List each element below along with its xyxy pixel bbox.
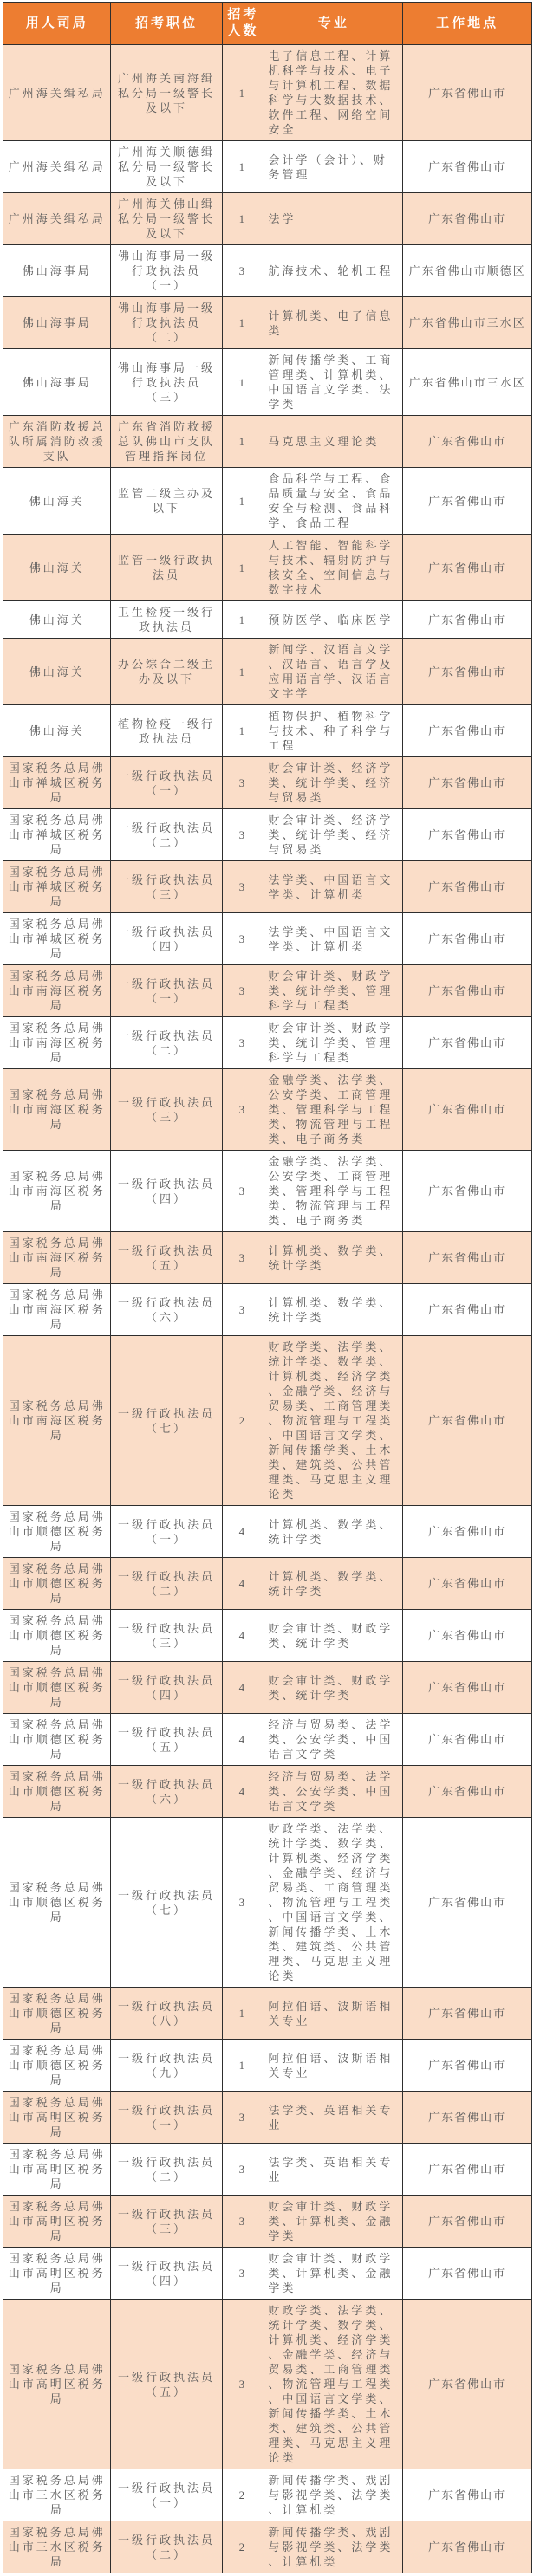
cell-count: 3	[222, 1069, 264, 1151]
cell-location: 广东省佛山市三水区	[403, 349, 532, 416]
cell-majors: 法学类、英语相关专业	[264, 2144, 403, 2196]
cell-position: 监管二级主办及以下	[111, 468, 222, 535]
cell-location: 广东省佛山市	[403, 1506, 532, 1558]
cell-department: 国家税务总局佛山市禅城区税务局	[3, 809, 111, 861]
cell-count: 1	[222, 349, 264, 416]
cell-location: 广东省佛山市	[403, 2092, 532, 2144]
cell-majors: 食品科学与工程、食品质量与安全、食品安全与检测、食品科学、食品工程	[264, 468, 403, 535]
cell-department: 国家税务总局佛山市南海区税务局	[3, 1151, 111, 1232]
cell-location: 广东省佛山市	[403, 1610, 532, 1662]
cell-location: 广东省佛山市	[403, 1151, 532, 1232]
cell-department: 国家税务总局佛山市三水区税务局	[3, 2469, 111, 2521]
cell-count: 3	[222, 2092, 264, 2144]
cell-majors: 财会审计类、财政学类、统计学类、管理科学与工程类	[264, 965, 403, 1017]
cell-majors: 经济与贸易类、法学类、公安学类、中国语言文学类	[264, 1714, 403, 1766]
cell-count: 1	[222, 535, 264, 601]
column-header-department: 用人司局	[3, 3, 111, 45]
table-row: 佛山海关 办公综合二级主办及以下 1 新闻学、汉语言文学、汉语言、语言学及应用语…	[3, 639, 532, 705]
cell-majors: 计算机类、数学类、统计学类	[264, 1558, 403, 1610]
column-header-position: 招考职位	[111, 3, 222, 45]
cell-majors: 财政学类、法学类、统计学类、数学类、计算机类、经济学类、金融学类、经济与贸易类、…	[264, 1336, 403, 1506]
cell-position: 监管一级行政执法员	[111, 535, 222, 601]
cell-location: 广东省佛山市	[403, 2196, 532, 2248]
cell-department: 国家税务总局佛山市南海区税务局	[3, 965, 111, 1017]
cell-location: 广东省佛山市	[403, 913, 532, 965]
cell-location: 广东省佛山市	[403, 416, 532, 468]
page: 用人司局 招考职位 招考人数 专业 工作地点 广州海关缉私局 广州海关南海缉私分…	[0, 0, 534, 2576]
table-row: 国家税务总局佛山市顺德区税务局 一级行政执法员（八） 1 阿拉伯语、波斯语相关专…	[3, 1988, 532, 2040]
cell-majors: 马克思主义理论类	[264, 416, 403, 468]
cell-position: 一级行政执法员（二）	[111, 1017, 222, 1069]
cell-position: 一级行政执法员（二）	[111, 2144, 222, 2196]
table-row: 国家税务总局佛山市顺德区税务局 一级行政执法员（二） 4 计算机类、数学类、统计…	[3, 1558, 532, 1610]
cell-majors: 会计学（会计）、财务管理	[264, 141, 403, 193]
cell-location: 广东省佛山市	[403, 2521, 532, 2573]
cell-location: 广东省佛山市	[403, 861, 532, 913]
table-row: 佛山海关 卫生检疫一级行政执法员 1 预防医学、临床医学 广东省佛山市	[3, 601, 532, 639]
cell-department: 佛山海关	[3, 639, 111, 705]
table-row: 佛山海关 植物检疫一级行政执法员 1 植物保护、植物科学与技术、种子科学与工程 …	[3, 705, 532, 757]
cell-majors: 法学	[264, 193, 403, 245]
cell-location: 广东省佛山市	[403, 468, 532, 535]
cell-majors: 植物保护、植物科学与技术、种子科学与工程	[264, 705, 403, 757]
cell-location: 广东省佛山市	[403, 1818, 532, 1988]
cell-count: 4	[222, 1662, 264, 1714]
cell-department: 国家税务总局佛山市顺德区税务局	[3, 1506, 111, 1558]
cell-majors: 财会审计类、经济学类、统计学类、经济与贸易类	[264, 757, 403, 809]
cell-position: 卫生检疫一级行政执法员	[111, 601, 222, 639]
cell-position: 一级行政执法员（四）	[111, 913, 222, 965]
cell-count: 3	[222, 2248, 264, 2300]
table-row: 国家税务总局佛山市高明区税务局 一级行政执法员（五） 3 财政学类、法学类、统计…	[3, 2300, 532, 2469]
cell-department: 佛山海事局	[3, 349, 111, 416]
table-row: 国家税务总局佛山市顺德区税务局 一级行政执法员（三） 4 财会审计类、财政学类、…	[3, 1610, 532, 1662]
table-row: 国家税务总局佛山市高明区税务局 一级行政执法员（四） 3 财会审计类、财政学类、…	[3, 2248, 532, 2300]
cell-department: 国家税务总局佛山市禅城区税务局	[3, 861, 111, 913]
cell-count: 1	[222, 45, 264, 141]
cell-department: 国家税务总局佛山市顺德区税务局	[3, 2040, 111, 2092]
table-row: 国家税务总局佛山市南海区税务局 一级行政执法员（五） 3 计算机类、数学类、统计…	[3, 1232, 532, 1284]
cell-department: 佛山海事局	[3, 245, 111, 297]
cell-majors: 法学类、英语相关专业	[264, 2092, 403, 2144]
cell-department: 国家税务总局佛山市顺德区税务局	[3, 1714, 111, 1766]
table-row: 国家税务总局佛山市南海区税务局 一级行政执法员（四） 3 金融学类、法学类、公安…	[3, 1151, 532, 1232]
cell-majors: 财政学类、法学类、统计学类、数学类、计算机类、经济学类、金融学类、经济与贸易类、…	[264, 1818, 403, 1988]
cell-position: 广州海关顺德缉私分局一级警长及以下	[111, 141, 222, 193]
cell-department: 国家税务总局佛山市顺德区税务局	[3, 1558, 111, 1610]
cell-majors: 阿拉伯语、波斯语相关专业	[264, 2040, 403, 2092]
cell-position: 佛山海事局一级行政执法员（一）	[111, 245, 222, 297]
cell-position: 一级行政执法员（六）	[111, 1766, 222, 1818]
table-row: 佛山海关 监管二级主办及以下 1 食品科学与工程、食品质量与安全、食品安全与检测…	[3, 468, 532, 535]
cell-location: 广东省佛山市	[403, 45, 532, 141]
cell-department: 佛山海关	[3, 601, 111, 639]
cell-department: 国家税务总局佛山市高明区税务局	[3, 2300, 111, 2469]
cell-majors: 计算机类、电子信息类	[264, 297, 403, 349]
table-row: 国家税务总局佛山市南海区税务局 一级行政执法员（七） 2 财政学类、法学类、统计…	[3, 1336, 532, 1506]
cell-count: 3	[222, 1818, 264, 1988]
cell-position: 一级行政执法员（四）	[111, 1662, 222, 1714]
table-row: 佛山海关 监管一级行政执法员 1 人工智能、智能科学与技术、辐射防护与核安全、空…	[3, 535, 532, 601]
cell-position: 一级行政执法员（五）	[111, 1714, 222, 1766]
cell-majors: 金融学类、法学类、公安学类、工商管理类、管理科学与工程类、物流管理与工程类、电子…	[264, 1069, 403, 1151]
cell-department: 国家税务总局佛山市南海区税务局	[3, 1232, 111, 1284]
cell-position: 一级行政执法员（四）	[111, 1151, 222, 1232]
table-row: 佛山海事局 佛山海事局一级行政执法员（一） 3 航海技术、轮机工程 广东省佛山市…	[3, 245, 532, 297]
cell-count: 3	[222, 809, 264, 861]
table-row: 国家税务总局佛山市南海区税务局 一级行政执法员（二） 3 财会审计类、财政学类、…	[3, 1017, 532, 1069]
cell-position: 办公综合二级主办及以下	[111, 639, 222, 705]
cell-position: 一级行政执法员（三）	[111, 1610, 222, 1662]
table-body: 广州海关缉私局 广州海关南海缉私分局一级警长及以下 1 电子信息工程、计算机科学…	[3, 45, 532, 2573]
cell-count: 1	[222, 639, 264, 705]
cell-location: 广东省佛山市	[403, 757, 532, 809]
cell-department: 国家税务总局佛山市顺德区税务局	[3, 1988, 111, 2040]
cell-majors: 金融学类、法学类、公安学类、工商管理类、管理科学与工程类、物流管理与工程类、电子…	[264, 1151, 403, 1232]
cell-majors: 财会审计类、经济学类、统计学类、经济与贸易类	[264, 809, 403, 861]
cell-count: 1	[222, 2040, 264, 2092]
cell-majors: 计算机类、数学类、统计学类	[264, 1506, 403, 1558]
cell-majors: 新闻传播学类、戏剧与影视学类、法学类、计算机类	[264, 2469, 403, 2521]
cell-location: 广东省佛山市	[403, 2300, 532, 2469]
cell-location: 广东省佛山市	[403, 2040, 532, 2092]
cell-department: 国家税务总局佛山市顺德区税务局	[3, 1766, 111, 1818]
table-row: 国家税务总局佛山市高明区税务局 一级行政执法员（二） 3 法学类、英语相关专业 …	[3, 2144, 532, 2196]
cell-majors: 财会审计类、财政学类、统计学类	[264, 1662, 403, 1714]
cell-position: 广州海关南海缉私分局一级警长及以下	[111, 45, 222, 141]
cell-position: 一级行政执法员（一）	[111, 1506, 222, 1558]
cell-count: 4	[222, 1610, 264, 1662]
cell-location: 广东省佛山市	[403, 1232, 532, 1284]
cell-location: 广东省佛山市	[403, 965, 532, 1017]
cell-department: 国家税务总局佛山市高明区税务局	[3, 2144, 111, 2196]
cell-location: 广东省佛山市	[403, 1558, 532, 1610]
table-row: 国家税务总局佛山市禅城区税务局 一级行政执法员（三） 3 法学类、中国语言文学类…	[3, 861, 532, 913]
cell-department: 国家税务总局佛山市禅城区税务局	[3, 913, 111, 965]
cell-count: 1	[222, 416, 264, 468]
recruitment-table: 用人司局 招考职位 招考人数 专业 工作地点 广州海关缉私局 广州海关南海缉私分…	[3, 2, 532, 2573]
table-row: 国家税务总局佛山市顺德区税务局 一级行政执法员（九） 1 阿拉伯语、波斯语相关专…	[3, 2040, 532, 2092]
cell-majors: 财会审计类、财政学类、统计学类	[264, 1610, 403, 1662]
cell-department: 国家税务总局佛山市三水区税务局	[3, 2521, 111, 2573]
table-row: 广东消防救援总队所属消防救援支队 广东省消防救援总队佛山市支队管理指挥岗位 1 …	[3, 416, 532, 468]
cell-count: 4	[222, 1558, 264, 1610]
column-header-location: 工作地点	[403, 3, 532, 45]
cell-count: 3	[222, 913, 264, 965]
table-row: 国家税务总局佛山市禅城区税务局 一级行政执法员（一） 3 财会审计类、经济学类、…	[3, 757, 532, 809]
cell-count: 2	[222, 2521, 264, 2573]
table-row: 国家税务总局佛山市南海区税务局 一级行政执法员（一） 3 财会审计类、财政学类、…	[3, 965, 532, 1017]
cell-majors: 人工智能、智能科学与技术、辐射防护与核安全、空间信息与数字技术	[264, 535, 403, 601]
cell-majors: 阿拉伯语、波斯语相关专业	[264, 1988, 403, 2040]
cell-count: 3	[222, 2144, 264, 2196]
cell-position: 一级行政执法员（五）	[111, 1232, 222, 1284]
table-row: 国家税务总局佛山市三水区税务局 一级行政执法员（一） 2 新闻传播学类、戏剧与影…	[3, 2469, 532, 2521]
cell-location: 广东省佛山市	[403, 705, 532, 757]
table-row: 国家税务总局佛山市禅城区税务局 一级行政执法员（四） 3 法学类、中国语言文学类…	[3, 913, 532, 965]
table-row: 佛山海事局 佛山海事局一级行政执法员（二） 1 计算机类、电子信息类 广东省佛山…	[3, 297, 532, 349]
cell-position: 植物检疫一级行政执法员	[111, 705, 222, 757]
cell-majors: 计算机类、数学类、统计学类	[264, 1284, 403, 1336]
cell-location: 广东省佛山市	[403, 141, 532, 193]
cell-department: 国家税务总局佛山市高明区税务局	[3, 2092, 111, 2144]
column-header-count: 招考人数	[222, 3, 264, 45]
cell-location: 广东省佛山市	[403, 601, 532, 639]
cell-majors: 法学类、中国语言文学类、计算机类	[264, 913, 403, 965]
cell-count: 1	[222, 193, 264, 245]
cell-count: 3	[222, 2300, 264, 2469]
cell-department: 佛山海关	[3, 705, 111, 757]
cell-count: 1	[222, 601, 264, 639]
cell-position: 一级行政执法员（二）	[111, 809, 222, 861]
table-row: 国家税务总局佛山市三水区税务局 一级行政执法员（二） 2 新闻传播学类、戏剧与影…	[3, 2521, 532, 2573]
cell-position: 一级行政执法员（一）	[111, 2469, 222, 2521]
cell-position: 一级行政执法员（五）	[111, 2300, 222, 2469]
cell-count: 3	[222, 757, 264, 809]
cell-count: 3	[222, 1017, 264, 1069]
cell-majors: 新闻传播学类、戏剧与影视学类、法学类、计算机类	[264, 2521, 403, 2573]
cell-count: 2	[222, 1336, 264, 1506]
cell-position: 一级行政执法员（四）	[111, 2248, 222, 2300]
cell-majors: 经济与贸易类、法学类、公安学类、中国语言文学类	[264, 1766, 403, 1818]
cell-count: 3	[222, 1151, 264, 1232]
cell-position: 一级行政执法员（七）	[111, 1818, 222, 1988]
cell-location: 广东省佛山市	[403, 2248, 532, 2300]
cell-position: 一级行政执法员（二）	[111, 1558, 222, 1610]
cell-location: 广东省佛山市	[403, 535, 532, 601]
cell-location: 广东省佛山市	[403, 639, 532, 705]
cell-count: 4	[222, 1506, 264, 1558]
cell-department: 国家税务总局佛山市顺德区税务局	[3, 1662, 111, 1714]
table-row: 国家税务总局佛山市顺德区税务局 一级行政执法员（七） 3 财政学类、法学类、统计…	[3, 1818, 532, 1988]
cell-majors: 财会审计类、财政学类、计算机类、金融学类	[264, 2196, 403, 2248]
cell-department: 国家税务总局佛山市高明区税务局	[3, 2248, 111, 2300]
cell-position: 一级行政执法员（一）	[111, 965, 222, 1017]
cell-department: 国家税务总局佛山市南海区税务局	[3, 1069, 111, 1151]
cell-position: 一级行政执法员（一）	[111, 2092, 222, 2144]
cell-count: 1	[222, 1988, 264, 2040]
table-row: 国家税务总局佛山市南海区税务局 一级行政执法员（六） 3 计算机类、数学类、统计…	[3, 1284, 532, 1336]
cell-department: 国家税务总局佛山市南海区税务局	[3, 1336, 111, 1506]
cell-position: 一级行政执法员（二）	[111, 2521, 222, 2573]
cell-count: 3	[222, 245, 264, 297]
cell-position: 一级行政执法员（九）	[111, 2040, 222, 2092]
table-row: 国家税务总局佛山市高明区税务局 一级行政执法员（一） 3 法学类、英语相关专业 …	[3, 2092, 532, 2144]
cell-count: 4	[222, 1714, 264, 1766]
cell-count: 1	[222, 297, 264, 349]
table-row: 国家税务总局佛山市顺德区税务局 一级行政执法员（一） 4 计算机类、数学类、统计…	[3, 1506, 532, 1558]
cell-majors: 财会审计类、财政学类、统计学类、管理科学与工程类	[264, 1017, 403, 1069]
cell-position: 一级行政执法员（三）	[111, 861, 222, 913]
cell-count: 3	[222, 1232, 264, 1284]
table-row: 广州海关缉私局 广州海关南海缉私分局一级警长及以下 1 电子信息工程、计算机科学…	[3, 45, 532, 141]
table-header: 用人司局 招考职位 招考人数 专业 工作地点	[3, 3, 532, 45]
cell-department: 广州海关缉私局	[3, 45, 111, 141]
cell-department: 国家税务总局佛山市顺德区税务局	[3, 1818, 111, 1988]
cell-position: 广州海关佛山缉私分局一级警长及以下	[111, 193, 222, 245]
cell-location: 广东省佛山市	[403, 1714, 532, 1766]
cell-position: 一级行政执法员（七）	[111, 1336, 222, 1506]
cell-majors: 新闻学、汉语言文学、汉语言、语言学及应用语言学、汉语言文字学	[264, 639, 403, 705]
table-row: 国家税务总局佛山市高明区税务局 一级行政执法员（三） 3 财会审计类、财政学类、…	[3, 2196, 532, 2248]
cell-location: 广东省佛山市三水区	[403, 297, 532, 349]
cell-department: 佛山海关	[3, 535, 111, 601]
cell-majors: 新闻传播学类、工商管理类、计算机类、中国语言文学类、法学类	[264, 349, 403, 416]
cell-majors: 财会审计类、财政学类、计算机类、金融学类	[264, 2248, 403, 2300]
header-row: 用人司局 招考职位 招考人数 专业 工作地点	[3, 3, 532, 45]
cell-majors: 电子信息工程、计算机科学与技术、电子与计算机工程、数据科学与大数据技术、软件工程…	[264, 45, 403, 141]
cell-majors: 财政学类、法学类、统计学类、数学类、计算机类、经济学类、金融学类、经济与贸易类、…	[264, 2300, 403, 2469]
cell-position: 一级行政执法员（一）	[111, 757, 222, 809]
table-row: 广州海关缉私局 广州海关佛山缉私分局一级警长及以下 1 法学 广东省佛山市	[3, 193, 532, 245]
cell-count: 1	[222, 705, 264, 757]
table-row: 国家税务总局佛山市顺德区税务局 一级行政执法员（五） 4 经济与贸易类、法学类、…	[3, 1714, 532, 1766]
table-row: 佛山海事局 佛山海事局一级行政执法员（三） 1 新闻传播学类、工商管理类、计算机…	[3, 349, 532, 416]
cell-location: 广东省佛山市	[403, 1766, 532, 1818]
cell-location: 广东省佛山市	[403, 809, 532, 861]
cell-department: 国家税务总局佛山市禅城区税务局	[3, 757, 111, 809]
cell-position: 一级行政执法员（六）	[111, 1284, 222, 1336]
cell-department: 国家税务总局佛山市高明区税务局	[3, 2196, 111, 2248]
cell-position: 一级行政执法员（三）	[111, 1069, 222, 1151]
column-header-majors: 专业	[264, 3, 403, 45]
cell-position: 佛山海事局一级行政执法员（三）	[111, 349, 222, 416]
table-row: 广州海关缉私局 广州海关顺德缉私分局一级警长及以下 1 会计学（会计）、财务管理…	[3, 141, 532, 193]
cell-count: 3	[222, 861, 264, 913]
cell-position: 一级行政执法员（三）	[111, 2196, 222, 2248]
cell-location: 广东省佛山市	[403, 2144, 532, 2196]
cell-location: 广东省佛山市	[403, 2469, 532, 2521]
cell-location: 广东省佛山市	[403, 193, 532, 245]
table-row: 国家税务总局佛山市顺德区税务局 一级行政执法员（六） 4 经济与贸易类、法学类、…	[3, 1766, 532, 1818]
cell-department: 广东消防救援总队所属消防救援支队	[3, 416, 111, 468]
cell-count: 2	[222, 2469, 264, 2521]
cell-department: 广州海关缉私局	[3, 193, 111, 245]
cell-position: 佛山海事局一级行政执法员（二）	[111, 297, 222, 349]
cell-department: 广州海关缉私局	[3, 141, 111, 193]
cell-location: 广东省佛山市	[403, 1988, 532, 2040]
table-row: 国家税务总局佛山市顺德区税务局 一级行政执法员（四） 4 财会审计类、财政学类、…	[3, 1662, 532, 1714]
cell-department: 佛山海事局	[3, 297, 111, 349]
cell-count: 3	[222, 965, 264, 1017]
cell-location: 广东省佛山市顺德区	[403, 245, 532, 297]
cell-position: 广东省消防救援总队佛山市支队管理指挥岗位	[111, 416, 222, 468]
cell-location: 广东省佛山市	[403, 1662, 532, 1714]
cell-majors: 航海技术、轮机工程	[264, 245, 403, 297]
cell-department: 国家税务总局佛山市南海区税务局	[3, 1284, 111, 1336]
cell-count: 3	[222, 2196, 264, 2248]
cell-count: 4	[222, 1766, 264, 1818]
cell-department: 国家税务总局佛山市顺德区税务局	[3, 1610, 111, 1662]
cell-location: 广东省佛山市	[403, 1069, 532, 1151]
cell-location: 广东省佛山市	[403, 1017, 532, 1069]
cell-location: 广东省佛山市	[403, 1336, 532, 1506]
cell-department: 国家税务总局佛山市南海区税务局	[3, 1017, 111, 1069]
cell-count: 3	[222, 1284, 264, 1336]
cell-count: 1	[222, 141, 264, 193]
cell-majors: 预防医学、临床医学	[264, 601, 403, 639]
table-row: 国家税务总局佛山市禅城区税务局 一级行政执法员（二） 3 财会审计类、经济学类、…	[3, 809, 532, 861]
cell-majors: 计算机类、数学类、统计学类	[264, 1232, 403, 1284]
table-row: 国家税务总局佛山市南海区税务局 一级行政执法员（三） 3 金融学类、法学类、公安…	[3, 1069, 532, 1151]
cell-location: 广东省佛山市	[403, 1284, 532, 1336]
cell-count: 1	[222, 468, 264, 535]
cell-department: 佛山海关	[3, 468, 111, 535]
cell-majors: 法学类、中国语言文学类、计算机类	[264, 861, 403, 913]
cell-position: 一级行政执法员（八）	[111, 1988, 222, 2040]
